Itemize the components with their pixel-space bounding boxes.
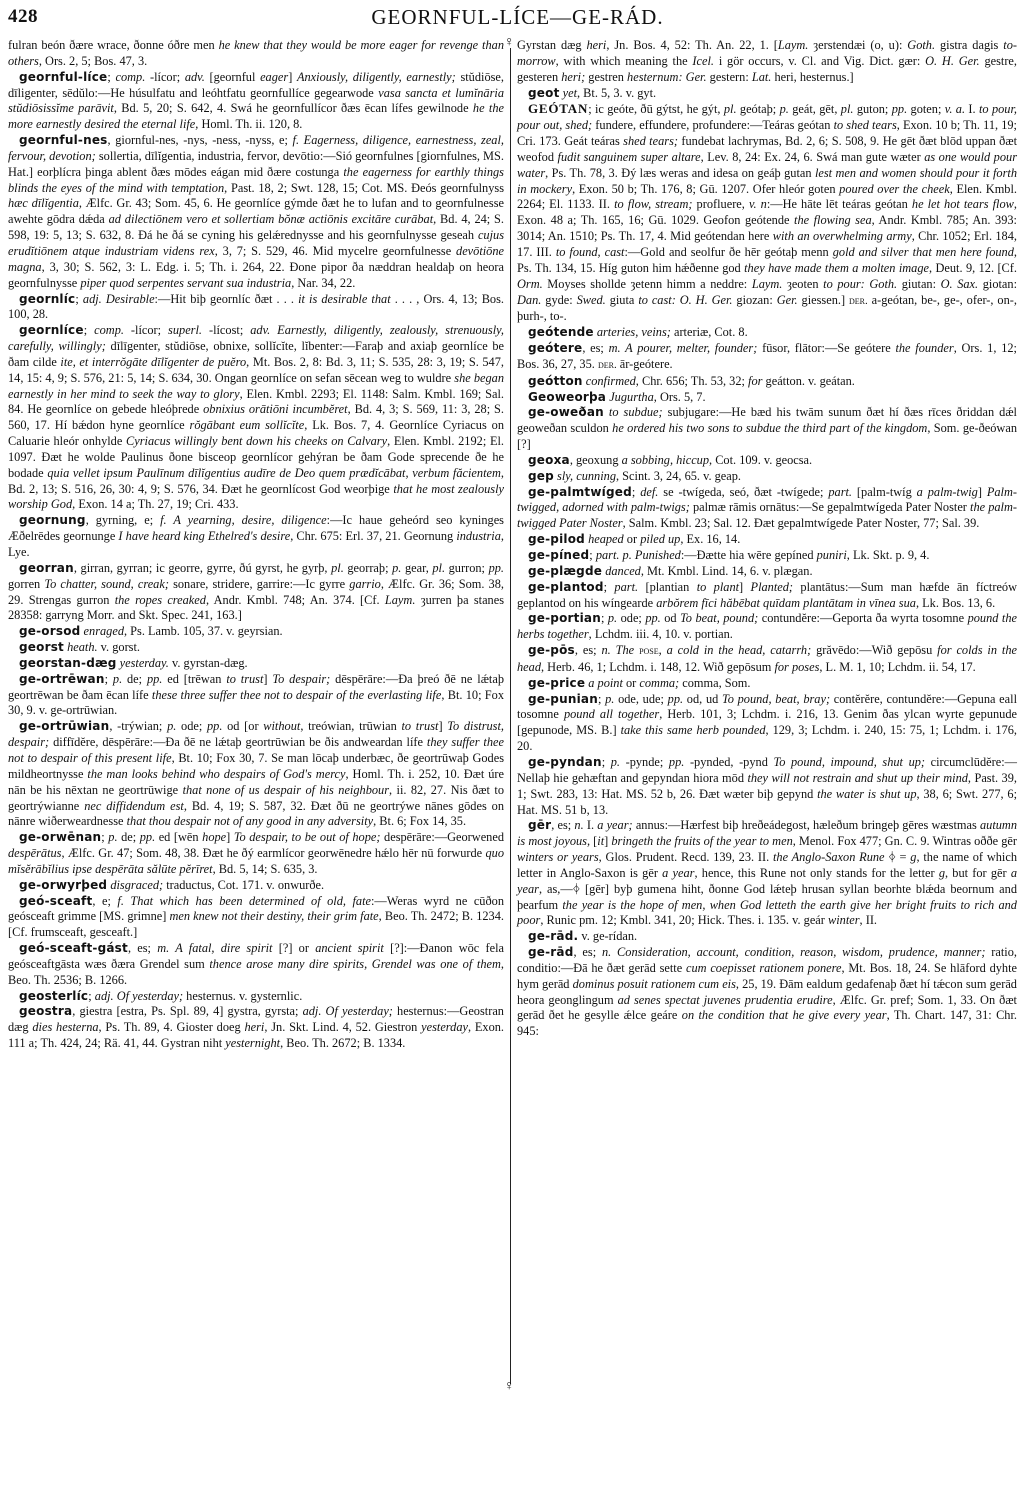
dictionary-entry: geornful-nes, giornful-nes, -nys, -ness,… [8,133,504,291]
entry-text: , Herb. 46, 1; Lchdm. i. 148, 12. Wið ge… [541,660,774,674]
gloss-text: Planted; [751,580,794,594]
gloss-text: to trust [401,719,438,733]
dictionary-entry: gēr, es; n. I. a year; annus:—Hærfest bi… [517,818,1017,929]
entry-text: , Ex. 16, 14. [680,532,740,546]
headword: ge-pyndan [528,755,602,769]
entry-text: , Bt. 6; Fox 14, 35. [373,814,466,828]
gloss-text: fudit sanguinem super altare [558,150,701,164]
entry-text: -lícost; [202,323,250,337]
headword: ge-plægde [528,564,602,578]
entry-text: , Ps. Th. 89, 4. Gioster doeg [99,1020,245,1034]
entry-text: palmæ rāmis ornātus:—Se gepalmtwígeda Pa… [690,500,970,514]
gloss-text: take this same herb pounded [621,723,766,737]
entry-text: , Lev. 8, 24: Ex. 24, 6. Swá man gute wæ… [701,150,925,164]
dictionary-entry: ge-rād, es; n. Consideration, account, c… [517,945,1017,1040]
gloss-text: m. A pourer, melter, founder; [609,341,758,355]
entry-text: , Exon. 50 b; Th. 176, 8; Gū. 1207. Ofer… [572,182,839,196]
dictionary-entry: geornlíce; comp. -lícor; superl. -lícost… [8,323,504,513]
gloss-text: to found, cast [556,245,625,259]
gloss-text: piled up [640,532,680,546]
headword: ge-orwēnan [19,830,101,844]
entry-text: -lícor; [145,70,185,84]
entry-text: , Bt. 5, 3. v. gyt. [577,86,656,100]
entry-text: , L. M. 1, 10; Lchdm. ii. 54, 17. [819,660,975,674]
gloss-text: part. [828,485,852,499]
gloss-text: pp. [489,561,504,575]
dictionary-entry: geoxa, geoxung a sobbing, hiccup, Cot. 1… [517,453,1017,469]
headword: ge-palmtwíged [528,485,632,499]
entry-text: , girran, gyrran; ic georre, gyrre, ðú g… [74,561,331,575]
gloss-text: poured over the cheek [839,182,950,196]
gloss-text: winter [828,913,860,927]
gloss-text: for poses [774,660,819,674]
entry-text: ; [604,580,615,594]
entry-text: , Mt. Kmbl. Lind. 14, 6. v. plægan. [641,564,813,578]
gloss-text: pp. [140,830,155,844]
gloss-text: p. [113,672,122,686]
gloss-text: f. That which has been determined of old… [117,894,371,908]
entry-text: -lícor; [124,323,168,337]
gloss-text: to flow, stream; [614,197,692,211]
gloss-text: the water is shut up [817,787,916,801]
entry-text: grăvēdo:—Wið gepōsu [811,643,937,657]
gloss-text: that thou despair not of any good in any… [127,814,374,828]
gloss-text: adj. Of yesterday; [95,989,183,1003]
gloss-text: shed tears; [623,134,678,148]
headword: georstan-dæg [19,656,117,670]
gloss-text: p. [167,719,176,733]
gloss-text: p. [605,692,614,706]
gloss-text: To chatter, sound, creak; [44,577,169,591]
gloss-text: To pound, impound, shut up; [773,755,925,769]
entry-text: giozan: [733,293,777,307]
entry-text: , Salm. Kmbl. 23; Sal. 12. Ðæt gepalmtwí… [623,516,980,530]
entry-text: I. [584,818,598,832]
left-column: fulran beón ðære wrace, ðonne óðre men h… [8,38,504,1052]
entry-text: [geornful [205,70,260,84]
dictionary-entry: georstan-dæg yesterday. v. gyrstan-dæg. [8,656,504,672]
dictionary-entry: geot yet, Bt. 5, 3. v. gyt. [517,86,1017,102]
entry-text: , hence, this Rune not only stands for t… [694,866,938,880]
headword: georst [19,640,64,654]
gloss-text: O. Sax. [941,277,979,291]
gloss-text: a sobbing, hiccup [622,453,709,467]
gloss-text: n. [574,818,583,832]
gloss-text: to shed tears [834,118,897,132]
entry-text: Gyrstan dæg [517,38,586,52]
continued-entry: fulran beón ðære wrace, ðonne óðre men h… [8,38,504,70]
dictionary-entry: ge-ortrūwian, -trýwian; p. ode; pp. od [… [8,719,504,830]
dictionary-entry: geornful-líce; comp. -lícor; adv. [georn… [8,70,504,133]
gloss-text: industria [456,529,501,543]
headword: geornful-líce [19,70,107,84]
right-column: Gyrstan dæg heri, Jn. Bos. 4, 52: Th. An… [517,38,1017,1040]
entry-text: v. gyrstan-dæg. [169,656,248,670]
dictionary-entry: ge-pyndan; p. -pynde; pp. -pynded, -pynd… [517,755,1017,818]
gloss-text: to cast: O. H. Ger. [638,293,732,307]
gloss-text: the Anglo-Saxon Rune [773,850,885,864]
gloss-text: enraged [84,624,124,638]
entry-text: , treówian, trūwian [300,719,401,733]
gloss-text: pp. [645,611,660,625]
entry-text: de; [122,672,147,686]
page-header: 428 GEORNFUL-LÍCE—GE-RÁD. [0,0,1035,40]
entry-text: , es; [574,945,602,959]
entry-text: [palm-twíg [852,485,917,499]
dictionary-entry: ge-rād. v. ge-rídan. [517,929,1017,945]
gloss-text: Jugurtha [609,390,654,404]
entry-text: heri, hesternus.] [771,70,853,84]
gloss-text: sly, cunning [557,469,616,483]
dictionary-entry: geornung, gyrning, e; f. A yearning, des… [8,513,504,561]
gloss-text: heri; [561,70,585,84]
gloss-text: heri [244,1020,264,1034]
headword: ge-ortrēwan [19,672,105,686]
gloss-text: To despair; [272,672,330,686]
gloss-text: on the condition that he give every year [682,1008,887,1022]
gloss-text: confirmed [586,374,636,388]
dictionary-entry: geornlíc; adj. Desirable:—Hit biþ geornl… [8,292,504,324]
entry-text: od, ud [683,692,722,706]
gloss-text: pl. [331,561,344,575]
gloss-text: for [748,374,762,388]
entry-text: gestern: [707,70,752,84]
dictionary-entry: geostra, giestra [estra, Ps. Spl. 89, 4]… [8,1004,504,1052]
dictionary-entry: georran, girran, gyrran; ic georre, gyrr… [8,561,504,624]
gloss-text: danced [605,564,641,578]
gloss-text: rŏgābant eum sollĭcĭte [190,418,305,432]
gloss-text: Icel. [692,54,714,68]
dictionary-entry: ge-orwyrþed disgraced; traductus, Cot. 1… [8,878,504,894]
entry-text: Moyses shollde ȝetenn himm a neddre: [543,277,752,291]
entry-text: v. gorst. [98,640,140,654]
gloss-text: pp. [147,672,162,686]
headword: ge-pōs [528,643,575,657]
column-divider [510,48,511,1384]
gloss-text: Laym. [778,38,809,52]
gloss-text: ad dilectiōnem vero et sollertiam bŏnæ a… [109,212,434,226]
entry-text: fulran beón ðære wrace, ðonne óðre men [8,38,219,52]
entry-text: ] [978,485,987,499]
gloss-text: pp. [668,692,683,706]
entry-text: Homl. Th. ii. 120, 8. [198,117,302,131]
gloss-text: p. [608,611,617,625]
gloss-text: yesterday [421,1020,468,1034]
entry-text: -pynded, -pynd [684,755,773,769]
entry-text: , Bd. 5, 20; S. 642, 4. Swá he geornfull… [114,101,473,115]
gloss-text: the founder [895,341,953,355]
gloss-text: adv. [185,70,205,84]
gloss-text: O. H. Ger. [925,54,980,68]
entry-text: ; [601,611,608,625]
entry-text: , Menol. Fox 477; Gn. C. 9. Wintras oððe… [793,834,1017,848]
entry-text: , gyrning, e; [86,513,160,527]
headword: geótere [528,341,582,355]
headword: gep [528,469,554,483]
gloss-text: m. A fatal, dire spirit [157,941,272,955]
headword: ge-orwyrþed [19,878,107,892]
headword: georran [19,561,74,575]
gloss-text: Anxiously, diligently, earnestly; [297,70,456,84]
entry-text: contundĕre:—Geporta ða wyrta tosomne [758,611,967,625]
dictionary-entry: ge-pilod heaped or piled up, Ex. 16, 14. [517,532,1017,548]
gloss-text: To despair, to be out of hope; [234,830,381,844]
entry-text: ; [84,323,94,337]
entry-text: ᛄ = [885,850,911,864]
gloss-text: despērātus [8,846,62,860]
dictionary-entry: ge-price a point or comma; comma, Som. [517,676,1017,692]
gloss-text: pound all together [564,707,659,721]
entry-text: , Jn. Bos. 4, 52: Th. An. 22, 1. [ [606,38,778,52]
gloss-text: To pound, beat, bray; [722,692,830,706]
entry-text: gurron; [445,561,489,575]
headword: geot [528,86,560,100]
gloss-text: without [263,719,300,733]
continued-entry: Gyrstan dæg heri, Jn. Bos. 4, 52: Th. An… [517,38,1017,86]
gloss-text: obnixius orātiōni incumbĕret [203,402,347,416]
dictionary-entry: ge-plantod; part. [plantian to plant] Pl… [517,580,1017,612]
entry-text: , e; [92,894,117,908]
entry-text: :—He hāte lēt teáras geótan [767,197,912,211]
gloss-text: v. n [749,197,767,211]
entry-text: , Scint. 3, 24, 65. v. geap. [616,469,741,483]
gloss-text: Cyriacus willingly bent down his cheeks … [126,434,387,448]
gloss-text: def. [640,485,658,499]
entry-text: , Lk. Skt. p. 9, 4. [847,548,930,562]
gloss-text: pp. [892,102,907,116]
entry-text: -pynde; [620,755,669,769]
entry-text: , giornful-nes, -nys, -ness, -nyss, e; [108,133,293,147]
gloss-text: Orm. [517,277,543,291]
gloss-text: the flowing sea [794,213,872,227]
entry-text: ed [trēwan [162,672,226,686]
gloss-text: hope [202,830,226,844]
entry-text: , es; [582,341,608,355]
gloss-text: to trust [226,672,263,686]
gloss-text: yet [563,86,577,100]
gloss-text: with an overwhelming army [773,229,912,243]
gloss-text: Swed. [577,293,606,307]
headword: geó-sceaft [19,894,92,908]
entry-text: I. [965,102,979,116]
entry-text: geátton. v. geátan. [762,374,854,388]
entry-text: , but for gēr [945,866,1011,880]
gloss-text: pp. [207,719,222,733]
gloss-text: superl. [168,323,202,337]
entry-text: ār-geótere. [617,357,673,371]
headword: geó-sceaft-gást [19,941,128,955]
running-head: GEORNFUL-LÍCE—GE-RÁD. [0,5,1035,30]
gloss-text: gold and silver that men here found [833,245,1014,259]
headword: geornful-nes [19,133,108,147]
entry-text: , Nar. 34, 22. [291,276,355,290]
entry-text: , II. [860,913,877,927]
entry-text: ] [226,830,234,844]
entry-text: de; [118,830,140,844]
dictionary-entry: geosterlíc; adj. Of yesterday; hesternus… [8,989,504,1005]
dictionary-entry: ge-portian; p. ode; pp. od To beat, poun… [517,611,1017,643]
entry-text: despērāre:—Georwened [381,830,505,844]
gloss-text: he ordered his two sons to subdue the th… [612,421,927,435]
dictionary-entry: georst heath. v. gorst. [8,640,504,656]
entry-text: pose [639,645,659,657]
headword: ge-rād [528,945,574,959]
entry-text: , Ps. Lamb. 105, 37. v. geyrsian. [124,624,283,638]
entry-text: giuta [606,293,639,307]
gloss-text: n. Consideration, account, condition, re… [602,945,986,959]
entry-text: [plantian [638,580,697,594]
column-ornament-bottom-icon: ♀ [504,1380,515,1394]
headword: geótende [528,325,594,339]
entry-text: ode; [617,611,645,625]
entry-text: , giestra [estra, Ps. Spl. 89, 4] gystra… [72,1004,302,1018]
gloss-text: nec diffidendum est [84,799,184,813]
gloss-text: the ropes creaked [115,593,206,607]
dictionary-entry: ge-píned; part. p. Punished:—Ðætte hia w… [517,548,1017,564]
gloss-text: pl. [432,561,445,575]
gloss-text: thence arose many dire spirits, Grendel … [209,957,501,971]
entry-text: se -twígeda, seó, ðæt -twígede; [658,485,828,499]
gloss-text: they will not restrain and shut up their… [747,771,967,785]
entry-text: sonare, stridere, garrire:—Ic gyrre [169,577,349,591]
headword: geosterlíc [19,989,88,1003]
headword: ge-plantod [528,580,604,594]
gloss-text: the man looks behind who despairs of God… [87,767,345,781]
entry-text: i gör occurs, v. Cl. and Vig. Dict. gær: [714,54,925,68]
gloss-text: garrio [349,577,381,591]
gloss-text: pp. [669,755,684,769]
headword: ge-punian [528,692,598,706]
headword: geoxa [528,453,570,467]
entry-text: diffīdĕre, dēspērāre:—Ða ðē ne lǽtaþ geo… [49,735,427,749]
entry-text: geótaþ; [737,102,780,116]
entry-text: ] [739,580,750,594]
entry-text: gyde: [541,293,576,307]
entry-text: ȝeoten [782,277,823,291]
gloss-text: winters or years [517,850,599,864]
gloss-text: eager [260,70,288,84]
entry-text: profluere, [692,197,748,211]
gloss-text: part. [614,580,638,594]
gloss-text: To beat, pound; [680,611,758,625]
gloss-text: a year [662,866,694,880]
gloss-text: bringeth the fruits of the year to men [611,834,792,848]
gloss-text: arteries, veins; [597,325,671,339]
entry-text: ; ic geóte, ðū gýtst, he gýt, [588,102,724,116]
gloss-text: men knew not their destiny, their grim f… [169,909,378,923]
entry-text: , with which meaning the [556,54,693,68]
gloss-text: piper quod serpentes servant sua industr… [80,276,291,290]
gloss-text: yesterday. [120,656,169,670]
entry-text: , Lk. Bos. 13, 6. [916,596,995,610]
dictionary-entry: ge-oweðan to subdue; subjugare:—He bæd h… [517,405,1017,453]
entry-text: , 3, 7; S. 529, 46. Mid mycelre geornful… [215,244,456,258]
entry-text: ode, ude; [614,692,667,706]
gloss-text: to plant [697,580,739,594]
entry-text: , Beo. Th. 2672; B. 1334. [280,1036,405,1050]
entry-text: gistra dagis [935,38,1003,52]
gloss-text: n. The [601,643,639,657]
entry-text: ȝerstendæi (o, u): [808,38,907,52]
gloss-text: ad senes spectat juvenes prudentia erudi… [618,993,833,1007]
dictionary-entry: ge-palmtwíged; def. se -twígeda, seó, ðæ… [517,485,1017,533]
entry-text: [?] or [273,941,316,955]
entry-text: gear, [401,561,432,575]
gloss-text: heath. [67,640,98,654]
gloss-text: hæc dīlĭgentia [8,196,79,210]
entry-text: , es; [128,941,157,955]
headword: geostra [19,1004,72,1018]
gloss-text: these three suffer thee not to despair o… [152,688,441,702]
dictionary-entry: ge-orsod enraged, Ps. Lamb. 105, 37. v. … [8,624,504,640]
entry-text: giessen.] [798,293,849,307]
entry-text: , Past. 18, 2; Swt. 128, 15; Cot. MS. Ðe… [224,181,504,195]
gloss-text: that none of us despair of his neighbour [183,783,389,797]
entry-text: ed [wēn [155,830,202,844]
headword: GEÓTAN [528,101,588,116]
gloss-text: a point [588,676,623,690]
entry-text: , Ælfc. Gr. 47; Som. 48, 38. Ðæt he ðý e… [62,846,486,860]
entry-text: , Jn. Skt. Lind. 4, 52. Giestron [264,1020,421,1034]
entry-text: v. ge-rídan. [578,929,637,943]
gloss-text: p. [392,561,401,575]
headword: geornlíc [19,292,75,306]
gloss-text: Ger. [777,293,798,307]
entry-text: geát, gēt, [789,102,841,116]
headword: ge-ortrūwian [19,719,109,733]
gloss-text: Laym. [385,593,416,607]
gloss-text: dominus posuit rationem cum eis [573,977,736,991]
entry-text: , Glos. Prudent. Recd. 139, 23. II. [599,850,773,864]
entry-text: or [624,532,640,546]
dictionary-entry: geó-sceaft, e; f. That which has been de… [8,894,504,942]
dictionary-entry: geó-sceaft-gást, es; m. A fatal, dire sp… [8,941,504,989]
headword: ge-rād. [528,929,578,943]
gloss-text: , a cold in the head, catarrh; [659,643,812,657]
entry-text: , Ors. 2, 5; Bos. 47, 3. [39,54,147,68]
dictionary-entry: ge-punian; p. ode, ude; pp. od, ud To po… [517,692,1017,755]
gloss-text: dies hesterna [32,1020,98,1034]
headword: ge-oweðan [528,405,604,419]
headword: geornung [19,513,86,527]
entry-text: ; [602,755,611,769]
entry-text: annus:—Hærfest biþ hreðeádegost, hæleðum… [633,818,980,832]
gloss-text: hesternum: Ger. [627,70,707,84]
dictionary-entry: ge-pōs, es; n. The pose, a cold in the h… [517,643,1017,676]
entry-text: goten; [907,102,945,116]
gloss-text: puniri [817,548,847,562]
gloss-text: pl. [841,102,854,116]
entry-text: hesternus. v. gysternlic. [183,989,302,1003]
entry-text: traductus, Cot. 171. v. onwurðe. [163,878,324,892]
entry-text: ] [438,719,447,733]
gloss-text: p. [108,830,117,844]
gloss-text: comma; [639,676,679,690]
entry-text: , es; [551,818,574,832]
entry-text: fundere, effundere, profundere:—Teáras g… [592,118,833,132]
entry-text: , es; [575,643,602,657]
entry-text: , Bd. 5, 14; S. 635, 3. [213,862,318,876]
gloss-text: pl. [724,102,737,116]
dictionary-entry: ge-orwēnan; p. de; pp. ed [wēn hope] To … [8,830,504,878]
gloss-text: v. a. [945,102,965,116]
dictionary-entry: ge-ortrēwan; p. de; pp. ed [trēwan to tr… [8,672,504,720]
gloss-text: ite, et interrŏgāte dīlĭgenter de puĕro [60,355,246,369]
gloss-text: he let hot tears flow [912,197,1014,211]
gloss-text: f. A yearning, desire, diligence [160,513,327,527]
gloss-text: to pour: Goth. [823,277,897,291]
dictionary-entry: geótton confirmed, Chr. 656; Th. 53, 32;… [517,374,1017,390]
